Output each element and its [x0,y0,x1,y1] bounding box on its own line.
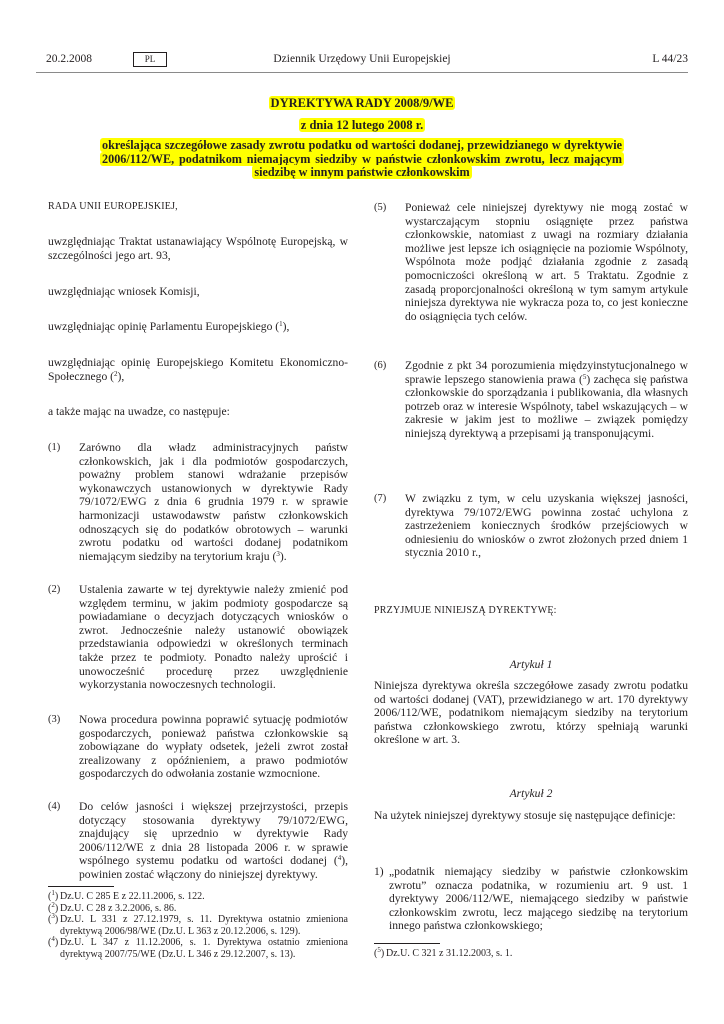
recital-text: Ponieważ cele niniejszej dyrektywy nie m… [405,201,688,323]
recital-1: (1) Zarówno dla władz administracyjnych … [48,441,348,571]
recital-4: (4) Do celów jasności i większej przejrz… [48,800,348,885]
definition-number: 1) [374,865,384,879]
left-column: RADA UNII EUROPEJSKIEJ, uwzględniając Tr… [48,0,348,1024]
footnote-5: (5)Dz.U. C 321 z 31.12.2003, s. 1. [374,948,688,960]
council-heading: RADA UNII EUROPEJSKIEJ, [48,200,348,214]
citation-treaty: uwzględniając Traktat ustanawiający Wspó… [48,235,348,262]
recital-number: (5) [374,201,386,215]
article-1-text: Niniejsza dyrektywa określa szczegółowe … [374,679,688,747]
footnotes-right: (5)Dz.U. C 321 z 31.12.2003, s. 1. [374,948,688,960]
footnote-divider [374,943,440,944]
recital-number: (2) [48,583,60,597]
enacting-formula: PRZYJMUJE NINIEJSZĄ DYREKTYWĘ: [374,604,688,618]
recital-text: Do celów jasności i większej przejrzysto… [79,800,348,882]
recital-text: W związku z tym, w celu uzyskania większ… [405,492,688,560]
recital-number: (6) [374,359,386,373]
citation-committee: uwzględniając opinię Europejskiego Komit… [48,356,348,383]
article-1-title: Artykuł 1 [374,658,688,672]
recital-text: Zarówno dla władz administracyjnych pańs… [79,441,348,563]
recital-3: (3) Nowa procedura powinna poprawić sytu… [48,713,348,793]
footnote-1: (1)Dz.U. C 285 E z 22.11.2006, s. 122. [48,891,348,903]
recital-text: Zgodnie z pkt 34 porozumienia międzyinst… [405,359,688,441]
citation-commission: uwzględniając wniosek Komisji, [48,285,348,299]
footnote-divider [48,886,114,887]
recital-6: (6) Zgodnie z pkt 34 porozumienia między… [374,359,688,459]
recital-7: (7) W związku z tym, w celu uzyskania wi… [374,492,688,562]
footnote-2: (2)Dz.U. C 28 z 3.2.2006, s. 86. [48,903,348,915]
citation-whereas: a także mając na uwadze, co następuje: [48,405,348,419]
recital-number: (3) [48,713,60,727]
recital-text: Nowa procedura powinna poprawić sytuację… [79,713,348,781]
recital-2: (2) Ustalenia zawarte w tej dyrektywie n… [48,583,348,703]
recital-5: (5) Ponieważ cele niniejszej dyrektywy n… [374,201,688,331]
article-2-intro: Na użytek niniejszej dyrektywy stosuje s… [374,809,688,823]
recital-number: (7) [374,492,386,506]
citation-parliament: uwzględniając opinię Parlamentu Europejs… [48,320,348,334]
recital-text: Ustalenia zawarte w tej dyrektywie należ… [79,583,348,692]
footnote-3: (3)Dz.U. L 331 z 27.12.1979, s. 11. Dyre… [48,914,348,937]
recital-number: (1) [48,441,60,455]
footnote-4: (4)Dz.U. L 347 z 11.12.2006, s. 1. Dyrek… [48,937,348,960]
footnotes-left: (1)Dz.U. C 285 E z 22.11.2006, s. 122. (… [48,891,348,961]
definition-text: „podatnik niemający siedziby w państwie … [389,865,688,933]
document-page: 20.2.2008 PL Dziennik Urzędowy Unii Euro… [0,0,724,1024]
right-column: (5) Ponieważ cele niniejszej dyrektywy n… [374,0,688,1024]
recital-number: (4) [48,800,60,814]
definition-1: 1) „podatnik niemający siedziby w państw… [374,865,688,935]
article-2-title: Artykuł 2 [374,787,688,801]
